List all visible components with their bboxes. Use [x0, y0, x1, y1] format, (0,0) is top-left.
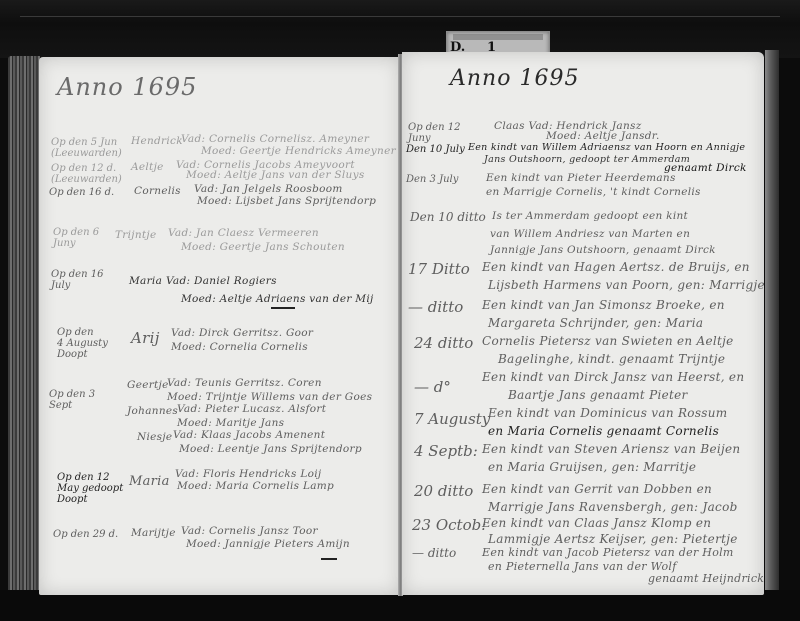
scanned-register-page: D. 1 Anno 1695 Op den 5 Jun (Leeuwarden)…: [0, 0, 800, 621]
entry-line-1: Een kindt van Claas Jansz Klomp en: [482, 516, 711, 530]
right-page-heading: Anno 1695: [450, 66, 579, 91]
entry-child-name: Trijntje: [115, 229, 157, 241]
entry-father: Vad: Jan Claesz Vermeeren: [168, 227, 319, 239]
entry-line-1: Een kindt van Steven Ariensz van Beijen: [482, 442, 740, 456]
entry-date: Den 3 July: [406, 174, 458, 185]
entry-father: Vad: Floris Hendricks Loij: [175, 468, 321, 480]
entry-date: Op den 16 July: [51, 269, 103, 291]
entry-mother: Moed: Aeltje Jans van der Sluys: [186, 169, 365, 181]
entry-mother: Moed: Lijsbet Jans Sprijtendorp: [197, 195, 376, 207]
entry-line-2: en Maria Gruijsen, gen: Marritje: [488, 460, 696, 474]
entry-date: Op den 16 d.: [49, 187, 114, 198]
entry-date: Op den 5 Jun (Leeuwarden): [51, 137, 122, 159]
entry-line-1: Een kindt van Dominicus van Rossum: [488, 406, 727, 420]
entry-mother: Moed: Maritje Jans: [177, 417, 284, 429]
entry-line-2: Lijsbeth Harmens van Poorn, gen: Marrigj…: [488, 278, 765, 292]
entry-line-1: Een kindt van Hagen Aertsz. de Bruijs, e…: [482, 260, 750, 274]
entry-father: Vad: Teunis Gerritsz. Coren: [167, 377, 322, 389]
entry-child-name: Johannes: [127, 405, 178, 417]
entry-child-name: Arij: [131, 329, 160, 347]
entry-line-2: Bagelinghe, kindt. genaamt Trijntje: [498, 352, 725, 366]
entry-date: Op den 29 d.: [53, 529, 118, 540]
entry-father: Vad: Jan Jelgels Roosboom: [194, 183, 343, 195]
book-cover-top: [0, 0, 800, 58]
entry-line-2: Jans Outshoorn, gedoopt ter Ammerdam: [484, 154, 690, 165]
entry-line-1: Een kindt van Jacob Pietersz van der Hol…: [482, 546, 734, 559]
entry-child-name: Hendrick: [131, 135, 183, 147]
entry-mother: Moed: Jannigje Pieters Amijn: [186, 538, 350, 550]
entry-date: — d°: [414, 380, 451, 395]
entry-line-2: en Maria Cornelis genaamt Cornelis: [488, 424, 719, 438]
entry-mother: Moed: Geertje Hendricks Ameyner: [201, 145, 396, 157]
entry-line-1: Een kindt van Dirck Jansz van Heerst, en: [482, 370, 744, 384]
entry-date: Op den 6 Juny: [53, 227, 99, 249]
entry-child-name: Niesje: [137, 431, 172, 443]
left-page: Anno 1695 Op den 5 Jun (Leeuwarden) Hend…: [39, 57, 400, 595]
entry-child-name: Geertje: [127, 379, 169, 391]
entry-father: Vad: Klaas Jacobs Amenent: [173, 429, 325, 441]
entry-date: 17 Ditto: [408, 262, 470, 277]
entry-child-name: Aeltje: [131, 161, 164, 173]
entry-line-2: Marrigje Jans Ravensbergh, gen: Jacob: [488, 500, 738, 514]
entry-date: 24 ditto: [414, 336, 473, 351]
entry-date: Op den 12 Juny: [408, 122, 460, 144]
entry-date: 20 ditto: [414, 484, 473, 499]
entry-line-1: Cornelis Pietersz van Swieten en Aeltje: [482, 334, 734, 348]
entry-mother: Moed: Trijntje Willems van der Goes: [167, 391, 372, 403]
entry-date: Op den 12 d. (Leeuwarden): [51, 163, 122, 185]
entry-line-3: genaamt Heijndrick: [648, 572, 764, 585]
entry-mother: Moed: Aeltje Adriaens van der Mij: [181, 293, 374, 305]
entry-line-3: Jannigje Jans Outshoorn, genaamt Dirck: [490, 244, 716, 256]
entry-mother: Moed: Geertje Jans Schouten: [181, 241, 345, 253]
entry-date: — ditto: [412, 548, 456, 559]
entry-child-name: Cornelis: [134, 185, 181, 197]
entry-father: Vad: Cornelis Cornelisz. Ameyner: [181, 133, 369, 145]
entry-date: 23 Octob:: [412, 518, 486, 533]
entry-date: 4 Septb:: [414, 444, 478, 459]
entry-line-2: Moed: Aeltje Jansdr.: [546, 130, 660, 142]
entry-father: Vad: Pieter Lucasz. Alsfort: [177, 403, 326, 415]
entry-father: Vad: Dirck Gerritsz. Goor: [171, 327, 313, 339]
book-fore-edge-right: [765, 50, 779, 605]
entry-date: Op den 12 May gedoopt Doopt: [57, 472, 123, 505]
entry-underline: [321, 558, 337, 560]
entry-mother: Moed: Maria Cornelis Lamp: [177, 480, 334, 492]
entry-line-1: Is ter Ammerdam gedoopt een kint: [492, 210, 688, 222]
entry-line-2: Lammigje Aertsz Keijser, gen: Pietertje: [488, 532, 738, 546]
entry-child-name: Marijtje: [131, 527, 176, 539]
entry-date: Op den 4 Augusty Doopt: [57, 327, 108, 360]
entry-line-1: Een kindt van Willem Adriaensz van Hoorn…: [468, 142, 745, 153]
entry-date: Den 10 July: [406, 144, 465, 155]
entry-underline: [271, 307, 295, 309]
entry-date: Den 10 ditto: [410, 212, 486, 223]
entry-father: Vad: Cornelis Jansz Toor: [181, 525, 318, 537]
book-fore-edge-left: [8, 56, 40, 608]
label-strip: [453, 34, 543, 40]
entry-line-2: Baartje Jans genaamt Pieter: [508, 388, 688, 402]
entry-line-2: en Marrigje Cornelis, 't kindt Cornelis: [486, 186, 701, 198]
entry-child-name: Maria: [129, 275, 162, 287]
entry-line-3: genaamt Dirck: [664, 162, 747, 174]
entry-date: — ditto: [408, 300, 463, 315]
entry-father: Vad: Daniel Rogiers: [166, 275, 277, 287]
right-page: Anno 1695 Op den 12 Juny Claas Vad: Hend…: [402, 52, 764, 595]
entry-line-1: Een kindt van Pieter Heerdemans: [486, 172, 676, 184]
entry-mother: Moed: Cornelia Cornelis: [171, 341, 308, 353]
entry-mother: Moed: Leentje Jans Sprijtendorp: [179, 443, 362, 455]
entry-date: Op den 3 Sept: [49, 389, 95, 411]
entry-date: 7 Augusty: [414, 412, 490, 427]
entry-line-1: Een kindt van Gerrit van Dobben en: [482, 482, 712, 496]
left-page-heading: Anno 1695: [57, 73, 197, 101]
entry-line-2: van Willem Andriesz van Marten en: [490, 228, 690, 240]
entry-child-name: Maria: [129, 474, 170, 489]
entry-line-2: Margareta Schrijnder, gen: Maria: [488, 316, 703, 330]
entry-line-1: Een kindt van Jan Simonsz Broeke, en: [482, 298, 725, 312]
